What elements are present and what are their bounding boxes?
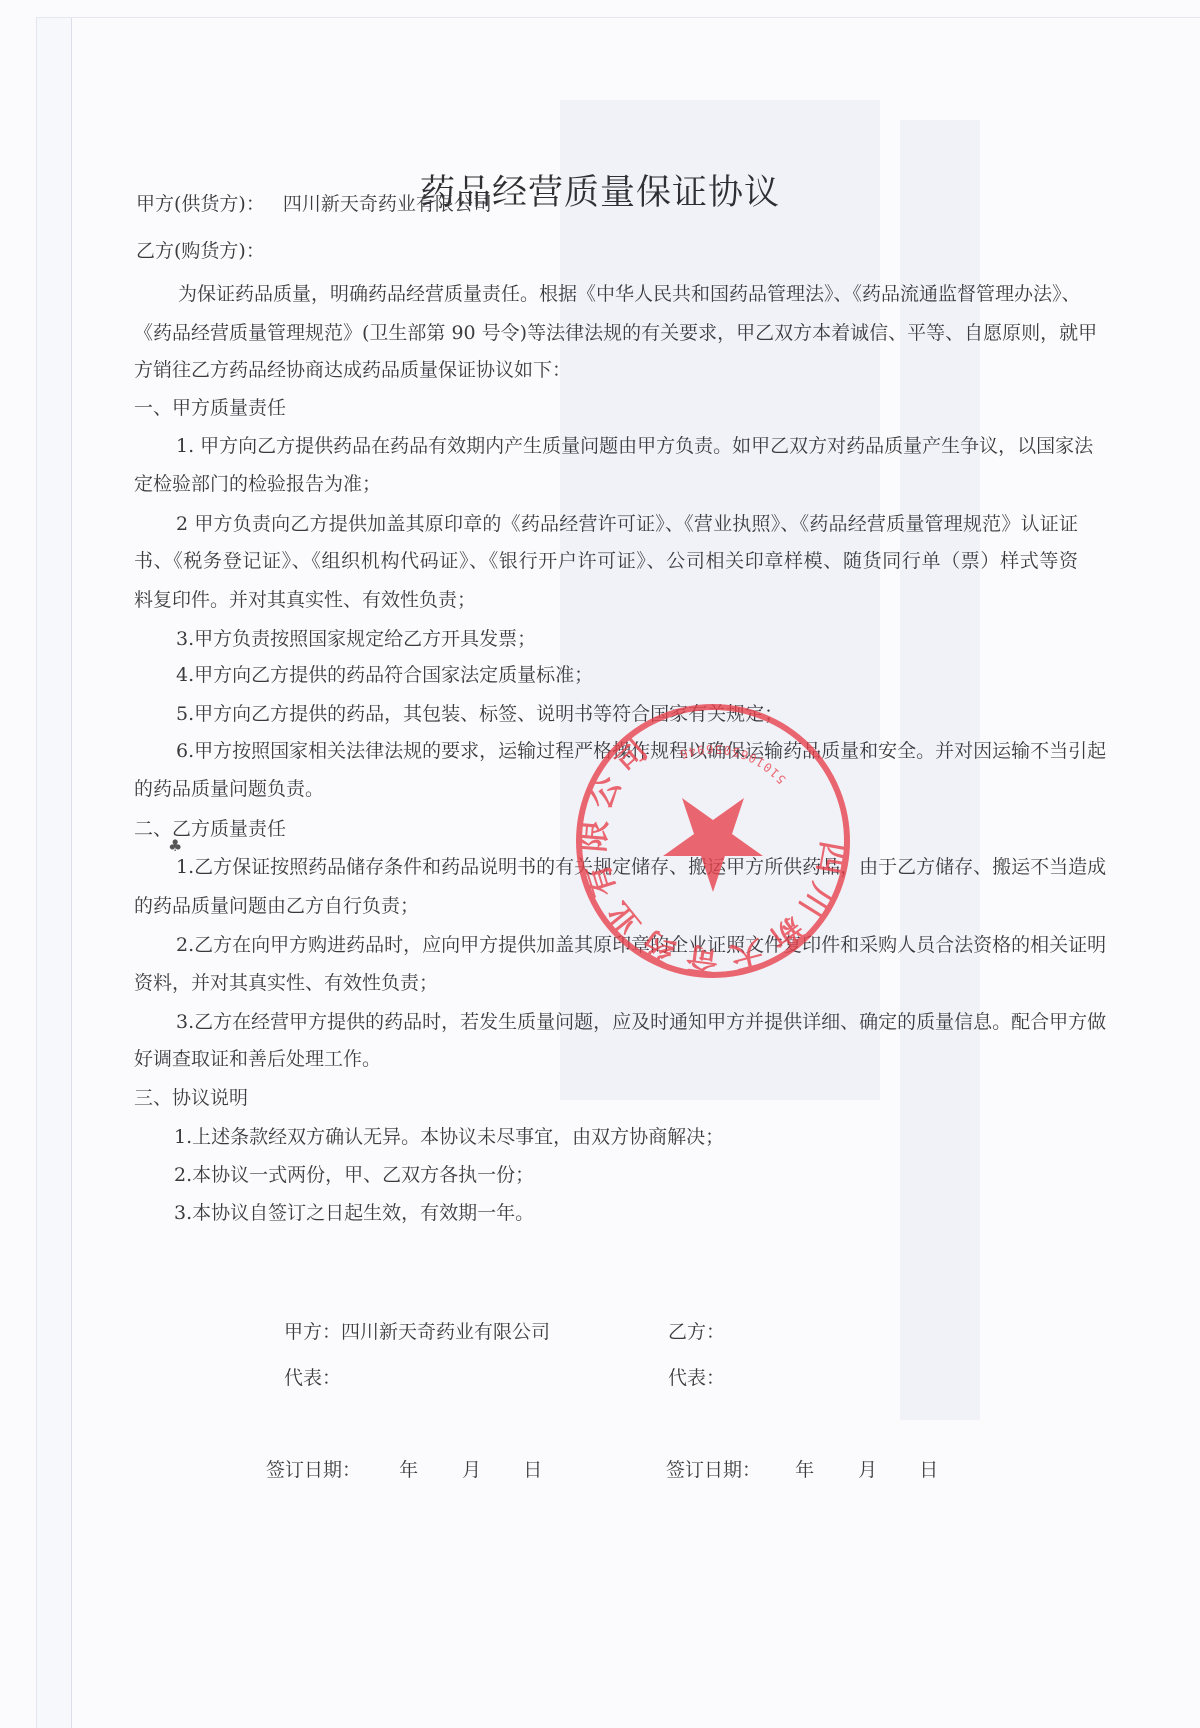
preamble-line: 《药品经营质量管理规范》(卫生部第 90 号令)等法律法规的有关要求，甲乙双方本… (134, 324, 1078, 343)
page-top-edge (36, 17, 1200, 18)
clause-line: 书、《税务登记证》、《组织机构代码证》、《银行开户许可证》、公司相关印章样模、随… (134, 552, 1078, 571)
party-b-label: 乙方(购货方)： (136, 240, 265, 262)
preamble-line: 方销往乙方药品经协商达成药品质量保证协议如下： (134, 361, 571, 380)
clause-line: 的药品质量问题由乙方自行负责； (134, 897, 419, 916)
party-a-header: 甲方(供货方)： 四川新天奇药业有限公司 (136, 195, 492, 214)
date-year: 年 (795, 1459, 814, 1481)
svg-text:5101065056946: 5101065056946 (676, 722, 790, 809)
party-a-label: 甲方(供货方)： (136, 193, 265, 215)
signing-date-a: 签订日期： 年 月 日 (266, 1461, 542, 1480)
clause-line: 的药品质量问题负责。 (134, 780, 324, 799)
page-binding-edge (36, 18, 72, 1728)
preamble-line: 为保证药品质量，明确药品经营质量责任。根据《中华人民共和国药品管理法》、《药品流… (178, 285, 1078, 304)
date-day: 日 (919, 1459, 938, 1481)
signature-party-b: 乙方： (668, 1323, 725, 1342)
section-heading: 一、甲方质量责任 (134, 399, 286, 418)
clause-line: 资料，并对其真实性、有效性负责； (134, 974, 438, 993)
party-b-header: 乙方(购货方)： (136, 242, 265, 261)
clause-line: 定检验部门的检验报告为准； (134, 475, 381, 494)
company-seal-icon: 四川新天奇药业有限公司 5101065056946 (570, 698, 856, 984)
signature-rep-a: 代表： (284, 1369, 341, 1388)
section-heading: 三、协议说明 (134, 1089, 248, 1108)
section-heading: 二、乙方质量责任 (134, 820, 286, 839)
date-month: 月 (462, 1459, 481, 1481)
date-month: 月 (858, 1459, 877, 1481)
clause-line: 3.本协议自签订之日起生效，有效期一年。 (174, 1204, 534, 1223)
clause-line: 料复印件。并对其真实性、有效性负责； (134, 591, 476, 610)
date-day: 日 (523, 1459, 542, 1481)
clause-line: 3.甲方负责按照国家规定给乙方开具发票； (176, 630, 536, 649)
signature-party-a: 甲方：四川新天奇药业有限公司 (284, 1323, 550, 1342)
clause-line: 好调查取证和善后处理工作。 (134, 1050, 381, 1069)
clause-line: 4.甲方向乙方提供的药品符合国家法定质量标准； (176, 666, 593, 685)
clause-line: 3.乙方在经营甲方提供的药品时，若发生质量问题，应及时通知甲方并提供详细、确定的… (176, 1013, 1078, 1032)
party-a-name: 四川新天奇药业有限公司 (283, 193, 492, 215)
bleed-through-shadow (900, 120, 980, 1420)
date-label: 签订日期： (266, 1459, 361, 1481)
clause-line: 1. 甲方向乙方提供药品在药品有效期内产生质量问题由甲方负责。如甲乙双方对药品质… (176, 437, 1078, 456)
date-label: 签订日期： (666, 1459, 761, 1481)
clause-line: 1.上述条款经双方确认无异。本协议未尽事宜，由双方协商解决； (174, 1128, 724, 1147)
scan-speck-icon: ♣ (168, 836, 182, 855)
clause-line: 2.本协议一式两份，甲、乙双方各执一份； (174, 1166, 534, 1185)
date-year: 年 (399, 1459, 418, 1481)
clause-line: 2 甲方负责向乙方提供加盖其原印章的《药品经营许可证》、《营业执照》、《药品经营… (176, 515, 1078, 534)
signature-rep-b: 代表： (668, 1369, 725, 1388)
signing-date-b: 签订日期： 年 月 日 (666, 1461, 938, 1480)
